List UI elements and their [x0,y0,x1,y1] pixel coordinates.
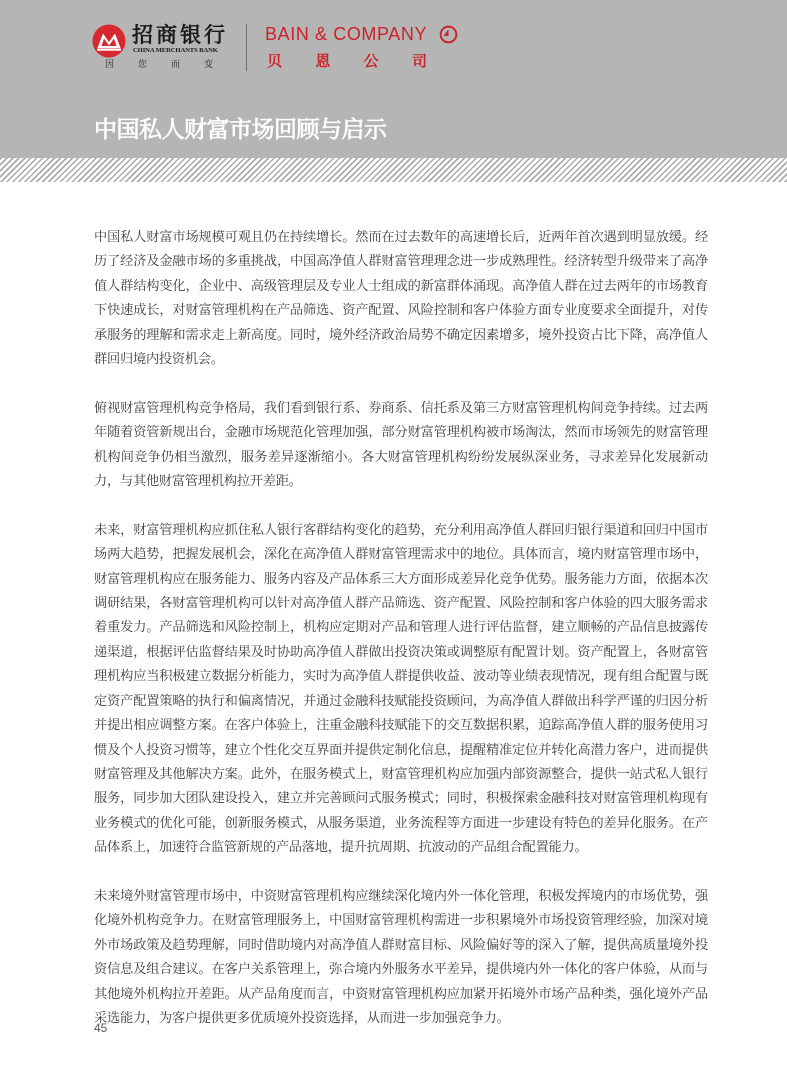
bain-cn-char: 恩 [315,50,330,71]
cmb-motto-char: 因 [105,57,114,70]
paragraph: 未来，财富管理机构应抓住私人银行客群结构变化的趋势，充分利用高净值人群回归银行渠… [94,519,708,861]
bain-cn-char: 贝 [267,50,282,71]
bain-company-logo: BAIN & COMPANY 贝 恩 公 司 [263,20,463,72]
bain-name-cn: 贝 恩 公 司 [267,50,427,71]
cmb-name-cn: 招商银行 [132,23,228,47]
section-title: 中国私人财富市场回顾与启示 [94,116,387,144]
logo-divider [246,24,247,71]
cmb-motto-char: 您 [138,57,147,70]
bain-compass-icon [439,25,458,44]
cmb-motto-char: 而 [171,57,180,70]
bain-cn-char: 公 [364,50,379,71]
paragraph: 未来境外财富管理市场中，中资财富管理机构应继续深化境内外一体化管理，积极发挥境内… [94,885,708,1031]
paragraph: 中国私人财富市场规模可观且仍在持续增长。然而在过去数年的高速增长后，近两年首次遇… [94,226,708,372]
body-text: 中国私人财富市场规模可观且仍在持续增长。然而在过去数年的高速增长后，近两年首次遇… [94,226,708,1056]
page-number: 45 [94,1021,107,1035]
diagonal-stripe-divider [0,158,787,182]
bain-cn-char: 司 [412,50,427,71]
china-merchants-bank-logo: 招商银行 CHINA MERCHANTS BANK 因 您 而 变 [92,20,228,72]
cmb-motto-char: 变 [204,57,213,70]
cmb-name-en: CHINA MERCHANTS BANK [133,47,218,54]
cmb-emblem-icon [92,24,126,58]
bain-name-en: BAIN & COMPANY [265,24,427,45]
paragraph: 俯视财富管理机构竞争格局，我们看到银行系、券商系、信托系及第三方财富管理机构间竞… [94,397,708,495]
cmb-motto: 因 您 而 变 [105,57,213,70]
